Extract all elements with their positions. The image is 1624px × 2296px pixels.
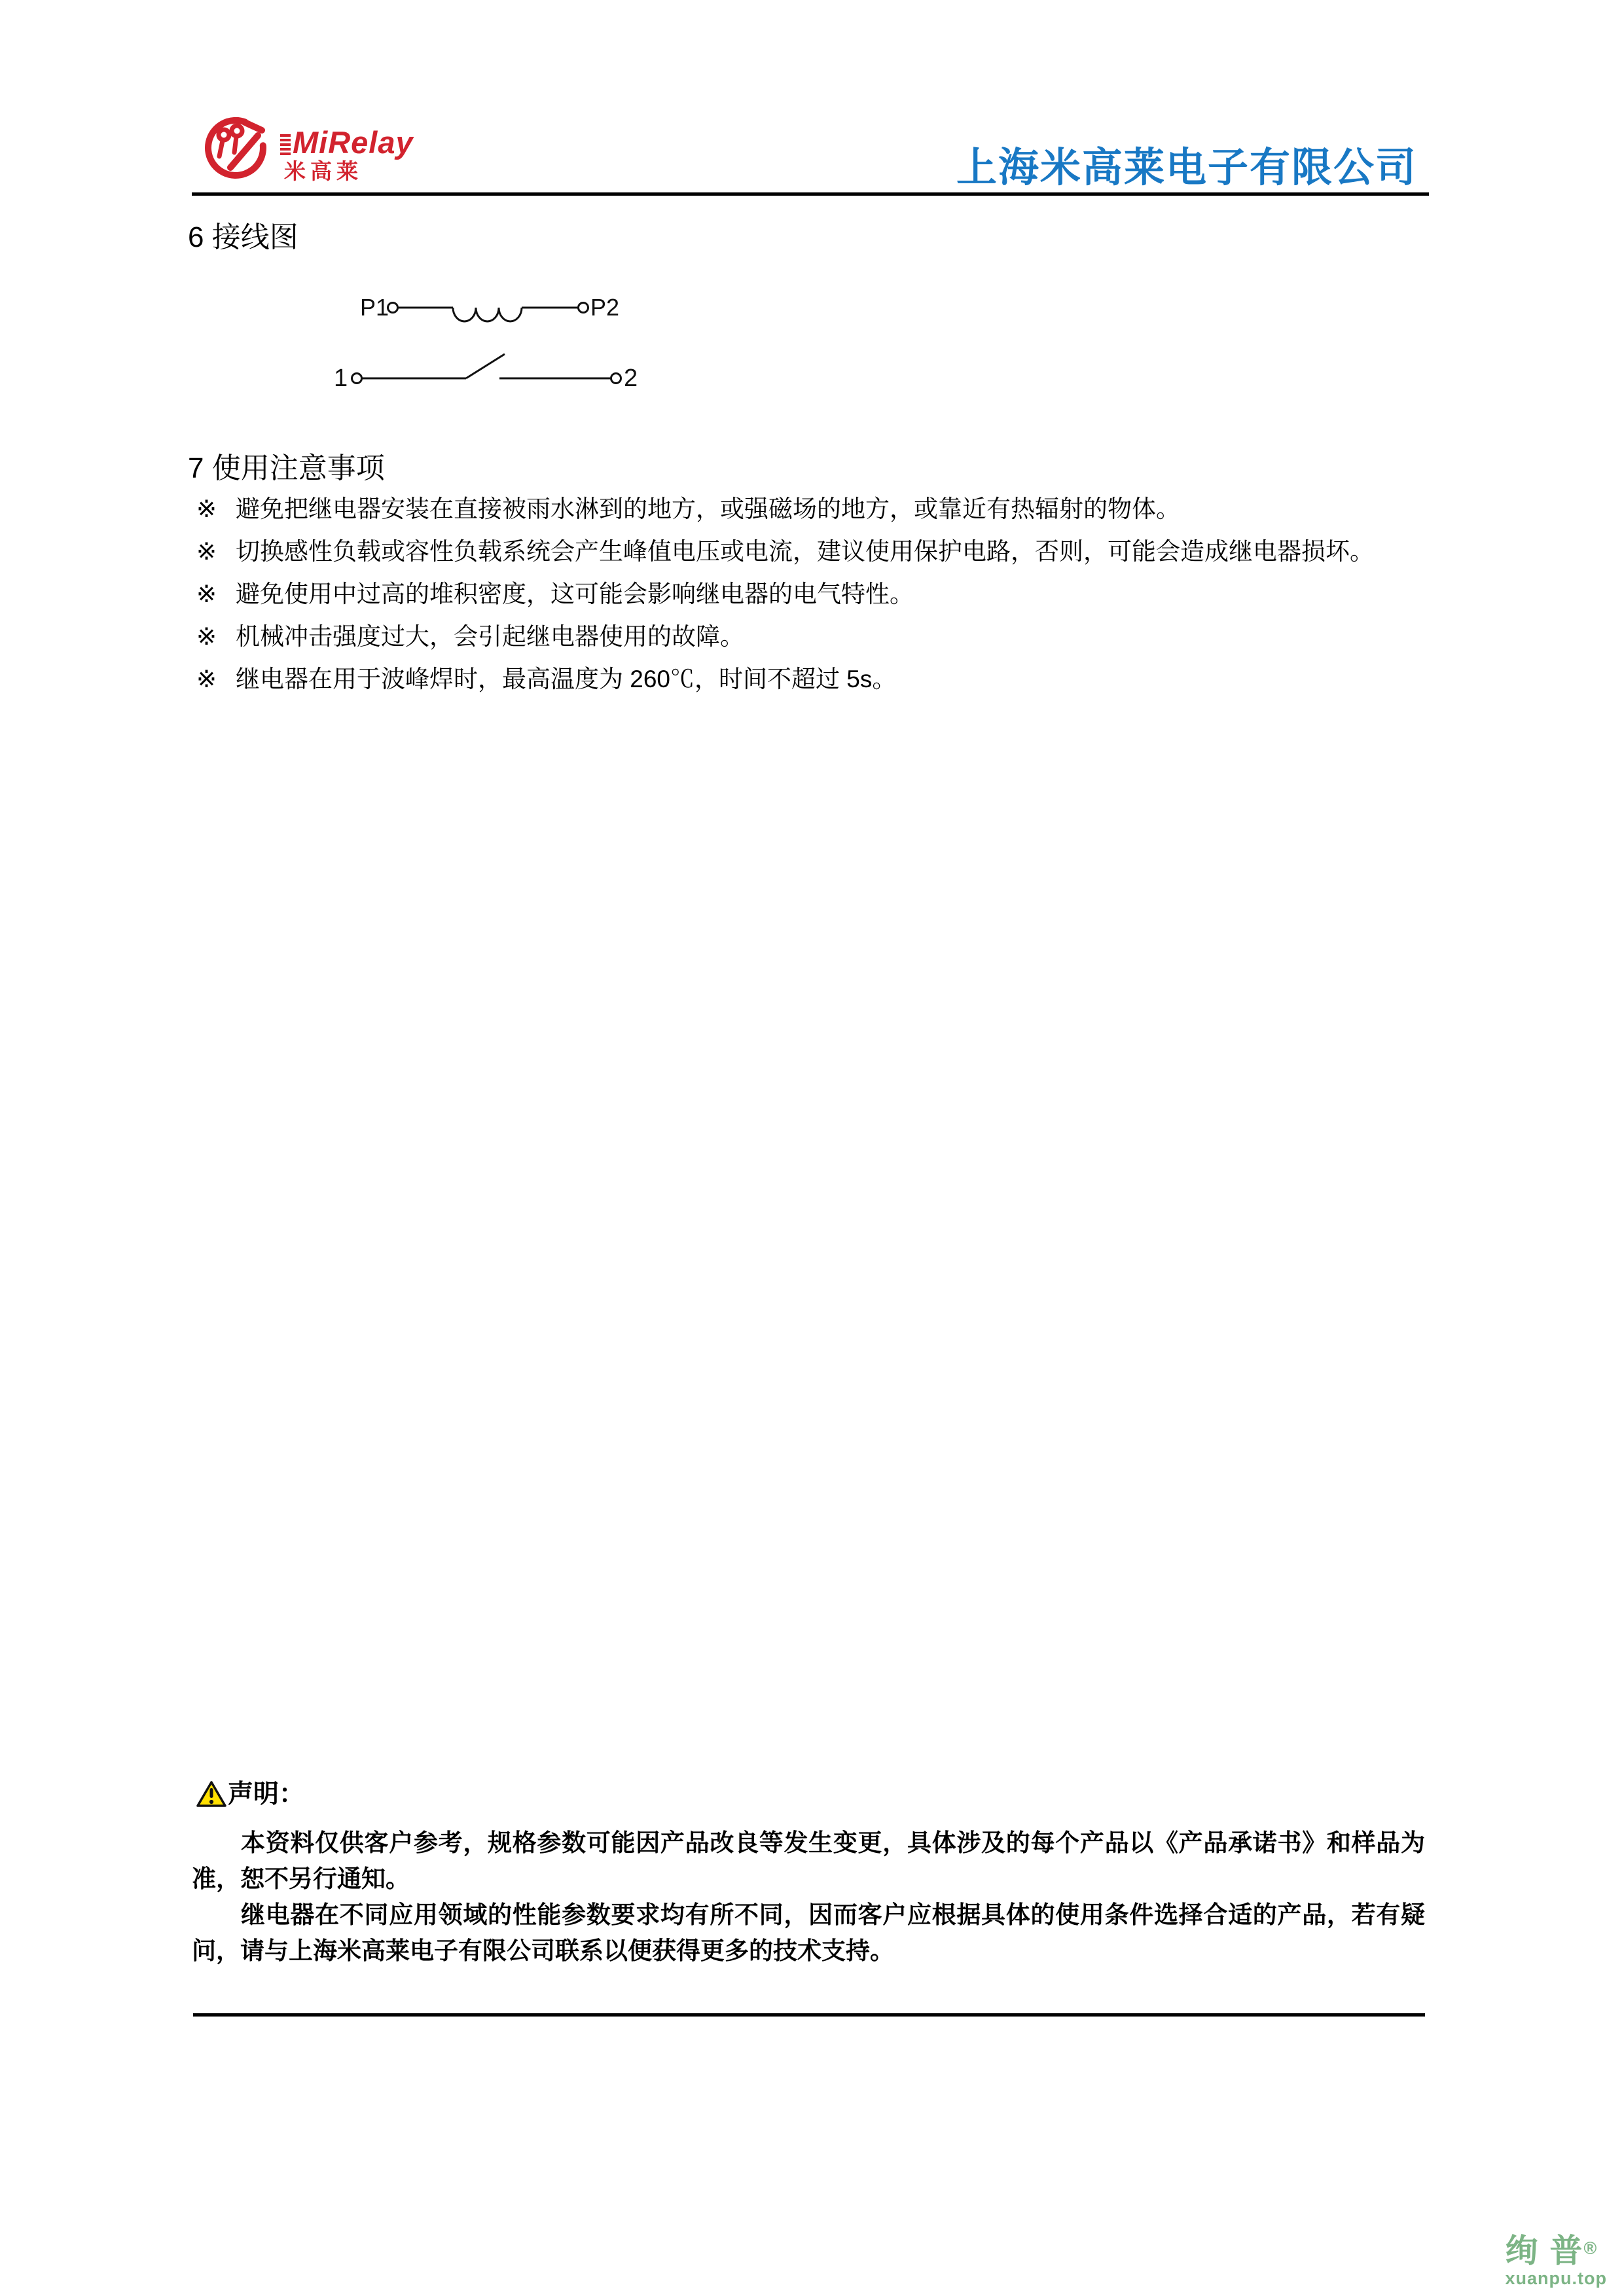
note-text: 避免使用中过高的堆积密度，这可能会影响继电器的电气特性。 (236, 582, 914, 606)
reference-mark: ※ (196, 582, 236, 606)
coil-symbol (453, 308, 522, 321)
coil-terminal-p2 (579, 303, 588, 313)
note-text: 避免把继电器安装在直接被雨水淋到的地方，或强磁场的地方，或靠近有热辐射的物体。 (236, 497, 1180, 521)
list-item: ※ 避免使用中过高的堆积密度，这可能会影响继电器的电气特性。 (196, 573, 1453, 615)
disclaimer-heading-row: 声明： (196, 1780, 304, 1808)
contact-label-1: 1 (334, 365, 348, 392)
coil-terminal-p1 (388, 303, 398, 313)
section-7-heading: 7 使用注意事项 (188, 454, 385, 483)
footer-rule (193, 2013, 1425, 2017)
disclaimer-paragraph: 继电器在不同应用领域的性能参数要求均有所不同，因而客户应根据具体的使用条件选择合… (192, 1897, 1425, 1969)
coil-label-p1: P1 (360, 294, 389, 321)
datasheet-page: MiRelay 米高莱 上海米高莱电子有限公司 6 接线图 P1 P2 1 2 … (0, 0, 1624, 2296)
header-logo: MiRelay 米高莱 (202, 115, 414, 182)
brand-block: MiRelay 米高莱 (280, 127, 414, 182)
disclaimer-body: 本资料仅供客户参考，规格参数可能因产品改良等发生变更，具体涉及的每个产品以《产品… (192, 1825, 1425, 1969)
registered-mark-icon: ® (1583, 2238, 1597, 2258)
section-6-heading: 6 接线图 (188, 223, 298, 252)
reference-mark: ※ (196, 539, 236, 564)
list-item: ※ 继电器在用于波峰焊时，最高温度为 260℃，时间不超过 5s。 (196, 658, 1453, 700)
watermark: 绚 普® xuanpu.top (1506, 2234, 1607, 2287)
usage-notes-list: ※ 避免把继电器安装在直接被雨水淋到的地方，或强磁场的地方，或靠近有热辐射的物体… (196, 488, 1453, 700)
contact-terminal-1 (352, 374, 362, 384)
brand-stripes-icon (280, 134, 291, 155)
warning-triangle-icon (196, 1780, 226, 1808)
reference-mark: ※ (196, 624, 236, 649)
contact-label-2: 2 (624, 365, 638, 392)
reference-mark: ※ (196, 667, 236, 691)
list-item: ※ 机械冲击强度过大，会引起继电器使用的故障。 (196, 615, 1453, 658)
company-name: 上海米高莱电子有限公司 (956, 148, 1417, 188)
mirelay-logo-icon (202, 115, 274, 181)
disclaimer-paragraph: 本资料仅供客户参考，规格参数可能因产品改良等发生变更，具体涉及的每个产品以《产品… (192, 1825, 1425, 1897)
note-text: 机械冲击强度过大，会引起继电器使用的故障。 (236, 624, 744, 649)
header-rule (192, 192, 1429, 196)
brand-name-cn: 米高莱 (284, 160, 414, 182)
switch-blade (466, 354, 505, 378)
contact-terminal-2 (611, 374, 621, 384)
reference-mark: ※ (196, 497, 236, 521)
note-text: 继电器在用于波峰焊时，最高温度为 260℃，时间不超过 5s。 (236, 667, 896, 691)
note-text: 切换感性负载或容性负载系统会产生峰值电压或电流，建议使用保护电路，否则，可能会造… (236, 539, 1374, 564)
list-item: ※ 切换感性负载或容性负载系统会产生峰值电压或电流，建议使用保护电路，否则，可能… (196, 530, 1453, 573)
wiring-diagram: P1 P2 1 2 (327, 281, 648, 396)
coil-label-p2: P2 (590, 294, 619, 321)
list-item: ※ 避免把继电器安装在直接被雨水淋到的地方，或强磁场的地方，或靠近有热辐射的物体… (196, 488, 1453, 530)
watermark-domain: xuanpu.top (1506, 2270, 1607, 2287)
brand-name-en: MiRelay (293, 127, 414, 158)
disclaimer-title: 声明： (228, 1782, 304, 1807)
watermark-name: 绚 普 (1506, 2233, 1584, 2269)
